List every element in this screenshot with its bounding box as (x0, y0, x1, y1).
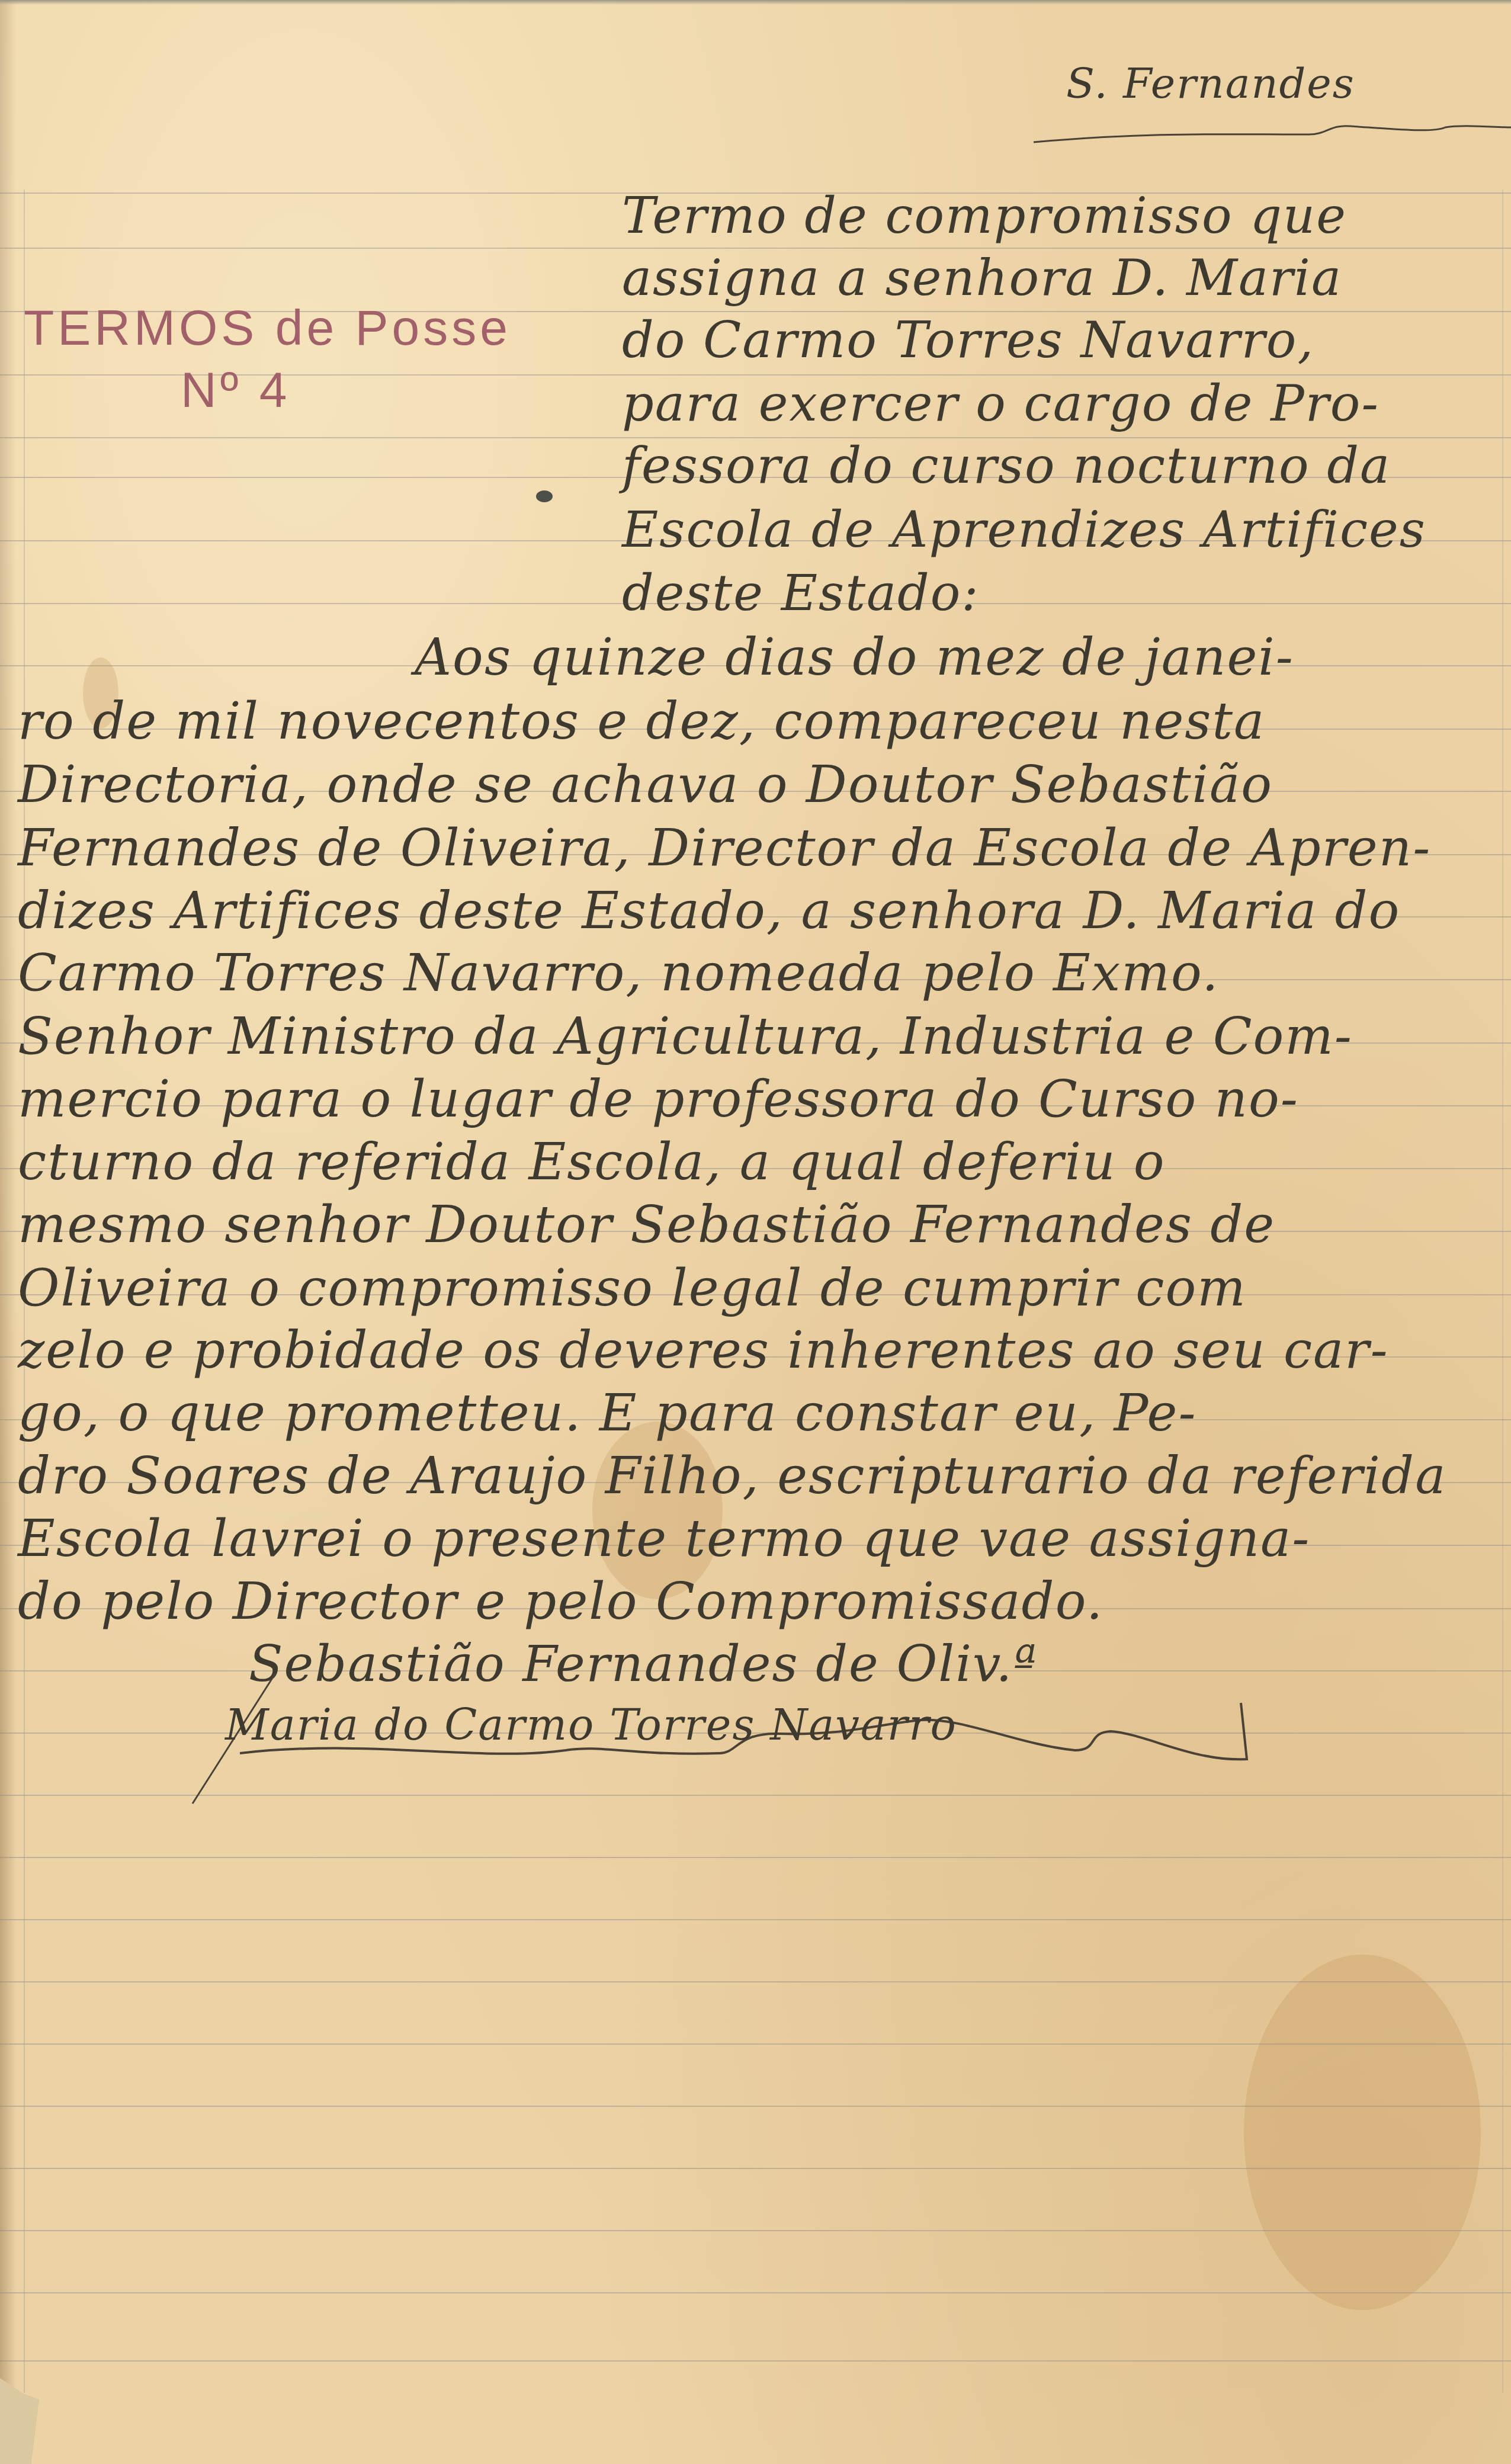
body-line: Senhor Ministro da Agricultura, Industri… (18, 1007, 1353, 1066)
torn-page-corner (0, 2378, 39, 2464)
title-line: assigna a senhora D. Maria (622, 249, 1342, 307)
ruled-line (0, 2292, 1511, 2293)
body-line: mesmo senhor Doutor Sebastião Fernandes … (18, 1195, 1275, 1255)
body-line: dizes Artifices deste Estado, a senhora … (18, 881, 1400, 941)
appointee-signature: Maria do Carmo Torres Navarro (225, 1700, 957, 1750)
body-line: Escola lavrei o presente termo que vae a… (18, 1509, 1310, 1568)
body-line: Aos quinze dias do mez de janei- (415, 628, 1294, 687)
signature-flourish-icon (1031, 121, 1511, 145)
body-line: dro Soares de Araujo Filho, escripturari… (18, 1446, 1446, 1506)
margin-note-title: TERMOS de Posse (24, 299, 511, 357)
title-line: Escola de Aprendizes Artifices (622, 500, 1426, 559)
body-line: Fernandes de Oliveira, Director da Escol… (18, 819, 1431, 878)
right-margin-line (1502, 190, 1503, 2393)
title-line: Termo de compromisso que (622, 187, 1347, 245)
body-line: ro de mil novecentos e dez, compareceu n… (18, 692, 1265, 751)
ruled-line (0, 1919, 1511, 1920)
title-line: para exercer o cargo de Pro- (622, 374, 1380, 432)
paper-stain (1244, 1955, 1481, 2310)
body-line: Directoria, onde se achava o Doutor Seba… (18, 755, 1273, 814)
body-line: cturno da referida Escola, a qual deferi… (18, 1132, 1166, 1192)
title-line: fessora do curso nocturno da (622, 437, 1391, 495)
body-line: Oliveira o compromisso legal de cumprir … (18, 1259, 1247, 1318)
margin-note-number: Nº 4 (181, 361, 290, 419)
header-signature: S. Fernandes (1066, 59, 1355, 108)
title-line: do Carmo Torres Navarro, (622, 311, 1314, 369)
body-line: Carmo Torres Navarro, nomeada pelo Exmo. (18, 944, 1219, 1003)
ruled-line (0, 2360, 1511, 2362)
ruled-line (0, 1981, 1511, 1982)
body-line: mercio para o lugar de professora do Cur… (18, 1070, 1299, 1129)
body-line: go, o que prometteu. E para constar eu, … (18, 1384, 1197, 1443)
body-line: zelo e probidade os deveres inherentes a… (18, 1321, 1389, 1380)
ink-blot (536, 490, 553, 502)
body-line: do pelo Director e pelo Compromissado. (18, 1572, 1103, 1631)
title-line: deste Estado: (622, 564, 980, 622)
page-top-edge (0, 0, 1511, 5)
document-page: S. Fernandes TERMOS de Posse Nº 4 Termo … (0, 0, 1511, 2464)
ruled-line (0, 1857, 1511, 1858)
